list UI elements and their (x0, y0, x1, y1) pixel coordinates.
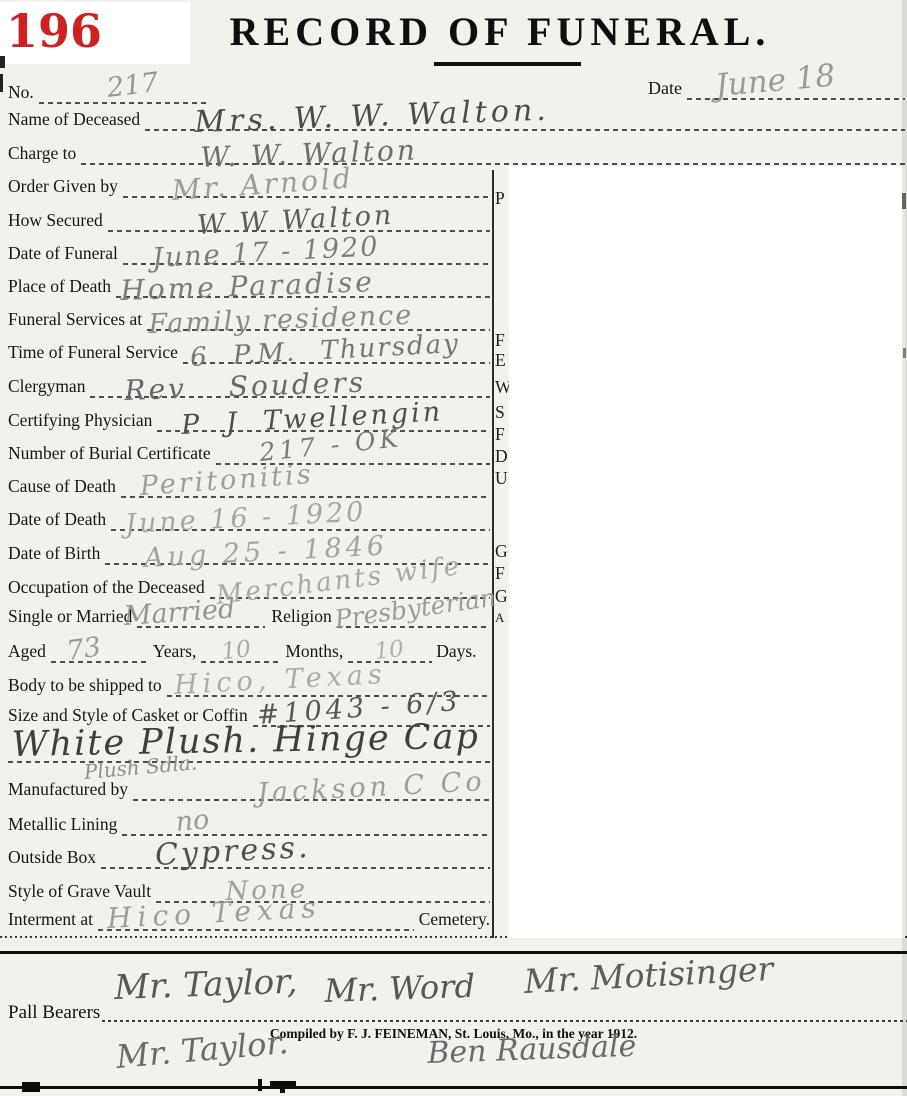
field-row-aged: Aged 73 Years, 10 Months, 10 Days. (8, 637, 490, 663)
field-row-no: No. 217 (8, 78, 208, 104)
field-label: Years, (153, 641, 196, 663)
field-label: Occupation of the Deceased (8, 577, 205, 599)
field-row-manufactured-by: Manufactured by Jackson C Co (8, 775, 490, 801)
handwritten-value: White Plush. Hinge Cap (11, 717, 480, 765)
field-label: Cause of Death (8, 476, 116, 498)
field-label: Metallic Lining (8, 814, 117, 836)
covered-column-fragment: A (495, 610, 504, 626)
pall-bearers-label: Pall Bearers (8, 1002, 100, 1024)
field-label: Style of Grave Vault (8, 881, 151, 903)
field-row-date-of-funeral: Date of Funeral June 17 - 1920 (8, 239, 490, 265)
covered-column-fragment: F (495, 563, 505, 584)
redaction-white-box (509, 166, 905, 938)
field-label: Interment at (8, 909, 93, 931)
field-row-how-secured: How Secured W W Walton (8, 206, 490, 232)
covered-column-fragment: E (495, 350, 506, 371)
field-row-date: Date June 18 (648, 74, 905, 100)
field-label: Funeral Services at (8, 309, 142, 331)
page-title: RECORD OF FUNERAL. (190, 8, 810, 55)
covered-column-fragment: F (495, 424, 505, 445)
field-label: Clergyman (8, 376, 85, 398)
page-number: 196 (6, 4, 102, 58)
field-row-casket-description: White Plush. Hinge Cap (8, 721, 490, 763)
field-label: Outside Box (8, 847, 96, 869)
pall-bearer-name: Mr. Word (324, 967, 476, 1010)
field-label: Date of Funeral (8, 243, 118, 265)
field-row-place-of-death: Place of Death Home Paradise (8, 272, 490, 298)
pall-bearer-name: Mr. Taylor, (114, 962, 298, 1008)
covered-column-fragment: G (495, 586, 508, 607)
field-label: How Secured (8, 210, 103, 232)
title-rule (434, 62, 581, 66)
cutoff-mark (280, 1081, 285, 1093)
field-label: Aged (8, 641, 46, 663)
field-label: Single or Married (8, 606, 132, 628)
handwritten-value: June 18 (714, 58, 837, 104)
field-label: Charge to (8, 143, 76, 165)
handwritten-value: 217 (105, 67, 160, 104)
field-label: Body to be shipped to (8, 675, 162, 697)
field-label: Date of Death (8, 509, 106, 531)
field-label: Name of Deceased (8, 109, 140, 131)
field-row-order-given-by: Order Given by Mr. Arnold (8, 172, 490, 198)
handwritten-value: Married (123, 593, 236, 632)
field-row-name-of-deceased: Name of Deceased Mrs. W. W. Walton. (8, 105, 905, 131)
covered-column-fragment: S (495, 402, 505, 423)
field-row-date-of-death: Date of Death June 16 - 1920 (8, 505, 490, 531)
field-row-clergyman: Clergyman Rev Souders (8, 372, 490, 398)
handwritten-value: Jackson C Co (256, 766, 486, 809)
covered-column-fragment: U (495, 468, 508, 489)
scan-edge-mark (0, 56, 5, 68)
handwritten-value: 10 (221, 636, 253, 665)
handwritten-value: Mr. Arnold (171, 161, 355, 207)
covered-column-fragment: P (495, 188, 505, 209)
field-row-time-of-funeral-service: Time of Funeral Service 6 P.M. Thursday (8, 338, 490, 364)
handwritten-value: Peritonitis (139, 459, 315, 502)
covered-column-fragment: G (495, 541, 508, 562)
handwritten-value: Rev Souders (124, 366, 367, 407)
scan-right-edge-shade (902, 0, 907, 1096)
field-label: Order Given by (8, 176, 118, 198)
pall-bearers-dotted-line (102, 1020, 907, 1022)
field-row-marital-religion: Single or Married Married Religion Presb… (8, 602, 490, 628)
field-label: Religion (271, 606, 331, 628)
field-row-burial-certificate: Number of Burial Certificate 217 - OK (8, 439, 490, 465)
handwritten-value: 73 (65, 632, 103, 667)
field-label: Date of Birth (8, 543, 100, 565)
column-divider-rule (492, 170, 494, 938)
pall-bearer-name: Mr. Motisinger (523, 949, 774, 1001)
handwritten-value: Mrs. W. W. Walton. (194, 93, 551, 140)
field-label: Days. (436, 641, 476, 663)
field-row-certifying-physician: Certifying Physician P J Twellengin (8, 406, 490, 432)
field-row-outside-box: Outside Box Cypress. (8, 843, 490, 869)
field-row-charge-to: Charge to W. W. Walton (8, 139, 905, 165)
cutoff-mark (22, 1082, 40, 1092)
scan-edge-mark (0, 74, 3, 92)
field-label: Place of Death (8, 276, 111, 298)
section-rule (0, 951, 907, 954)
field-label: Certifying Physician (8, 410, 152, 432)
field-label: No. (8, 82, 34, 104)
field-row-funeral-services-at: Funeral Services at Family residence (8, 305, 490, 331)
handwritten-value: Home Paradise (120, 265, 375, 307)
handwritten-value: no (175, 804, 211, 838)
field-row-interment: Interment at Hico Texas Cemetery. (8, 905, 490, 931)
bottom-rule (0, 1086, 907, 1089)
funeral-record-page: 196 RECORD OF FUNERAL. No. 217 Date June… (0, 0, 907, 1096)
field-label: Manufactured by (8, 779, 128, 801)
field-label: Time of Funeral Service (8, 342, 178, 364)
field-label: Number of Burial Certificate (8, 443, 211, 465)
covered-column-fragment: D (495, 446, 508, 467)
page-number-box: 196 (0, 2, 190, 64)
field-label: Months, (285, 641, 343, 663)
covered-column-fragment: F (495, 330, 505, 351)
handwritten-value: Cypress. (154, 830, 311, 873)
pall-bearer-name: Ben Rausdale (427, 1029, 637, 1071)
field-label: Date (648, 78, 682, 100)
field-label: Cemetery. (419, 909, 490, 931)
field-row-cause-of-death: Cause of Death Peritonitis (8, 472, 490, 498)
cutoff-mark (258, 1079, 262, 1091)
